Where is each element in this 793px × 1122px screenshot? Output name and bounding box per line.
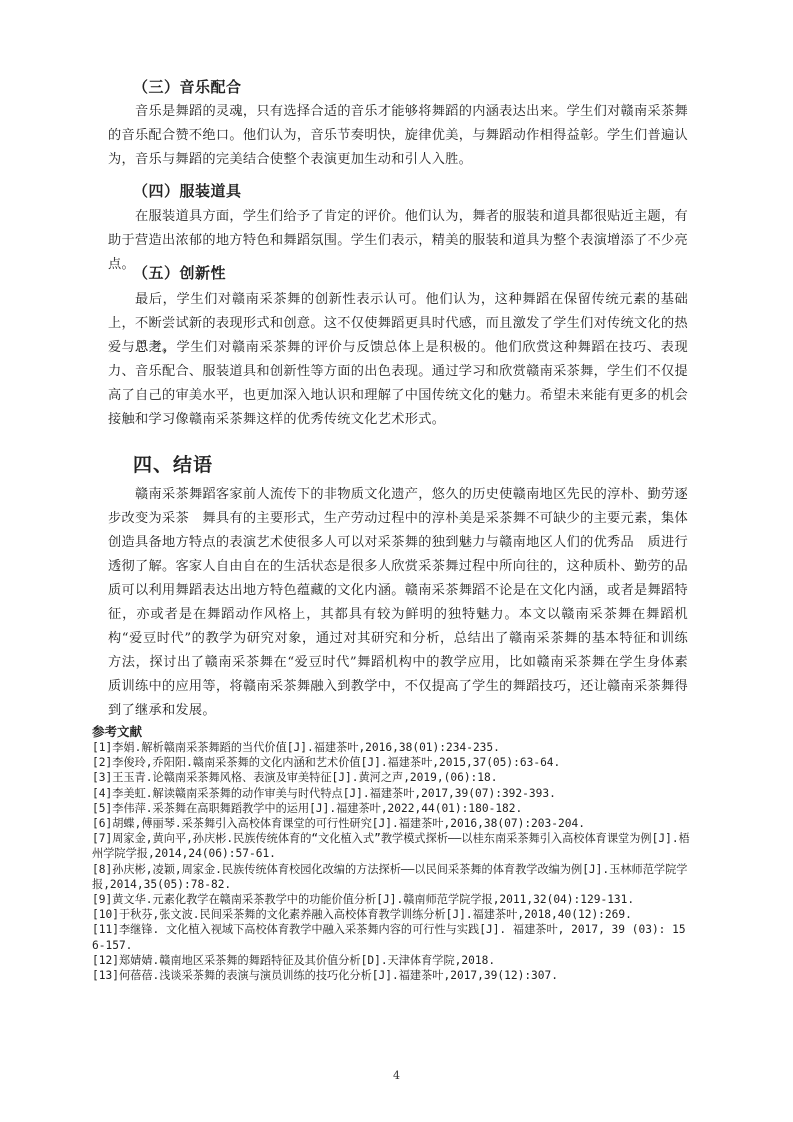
- references-title: 参考文献: [92, 722, 142, 740]
- reference-item: [3]王玉青.论赣南采茶舞风格、表演及审美特征[J].黄河之声,2019,(06…: [92, 770, 692, 785]
- section-heading-music: （三）音乐配合: [133, 76, 242, 97]
- reference-item: [6]胡蝶,傅丽琴.采茶舞引入高校体育课堂的可行性研究[J].福建茶叶,2016…: [92, 816, 692, 831]
- reference-item: [10]于秋芬,张文波.民间采茶舞的文化素养融入高校体育教学训练分析[J].福建…: [92, 907, 692, 922]
- page-number: 4: [0, 1069, 793, 1082]
- reference-item: [9]黄文华.元素化教学在赣南采茶教学中的功能价值分析[J].赣南师范学院学报,…: [92, 892, 692, 907]
- reference-item: [13]何蓓蓓.浅谈采茶舞的表演与演员训练的技巧化分析[J].福建茶叶,2017…: [92, 968, 692, 983]
- reference-item: [7]周家金,黄向平,孙庆彬.民族传统体育的“文化植入式”教学模式探析——以桂东…: [92, 831, 692, 861]
- section-heading-conclusion: 四、结语: [133, 450, 213, 477]
- reference-item: [12]郑婧婧.赣南地区采茶舞的舞蹈特征及其价值分析[D].天津体育学院,201…: [92, 953, 692, 968]
- reference-item: [5]李伟萍.采茶舞在高职舞蹈教学中的运用[J].福建茶叶,2022,44(01…: [92, 801, 692, 816]
- reference-item: [1]李娟.解析赣南采茶舞蹈的当代价值[J].福建茶叶,2016,38(01):…: [92, 740, 692, 755]
- section-heading-costume: （四）服装道具: [133, 180, 242, 201]
- reference-item: [2]李俊玲,乔阳阳.赣南采茶舞的文化内涵和艺术价值[J].福建茶叶,2015,…: [92, 755, 692, 770]
- document-page: （三）音乐配合 音乐是舞蹈的灵魂，只有选择合适的音乐才能够将舞蹈的内涵表达出来。…: [0, 0, 793, 1122]
- references-list: [1]李娟.解析赣南采茶舞蹈的当代价值[J].福建茶叶,2016,38(01):…: [92, 740, 692, 983]
- reference-item: [4]李美虹.解读赣南采茶舞的动作审美与时代特点[J].福建茶叶,2017,39…: [92, 786, 692, 801]
- paragraph-conclusion: 赣南采茶舞蹈客家前人流传下的非物质文化遗产，悠久的历史使赣南地区先民的淳朴、勤劳…: [108, 483, 688, 723]
- section-heading-innovation: （五）创新性: [133, 262, 226, 283]
- reference-item: [11]李继锋. 文化植入视域下高校体育教学中融入采茶舞内容的可行性与实践[J]…: [92, 922, 692, 952]
- paragraph-summary: 总之，学生们对赣南采茶舞的评价与反馈总体上是积极的。他们欣赏这种舞蹈在技巧、表现…: [108, 336, 688, 432]
- reference-item: [8]孙庆彬,凌颖,周家金.民族传统体育校园化改编的方法探析——以民间采茶舞的体…: [92, 862, 692, 892]
- paragraph-music: 音乐是舞蹈的灵魂，只有选择合适的音乐才能够将舞蹈的内涵表达出来。学生们对赣南采茶…: [108, 100, 688, 172]
